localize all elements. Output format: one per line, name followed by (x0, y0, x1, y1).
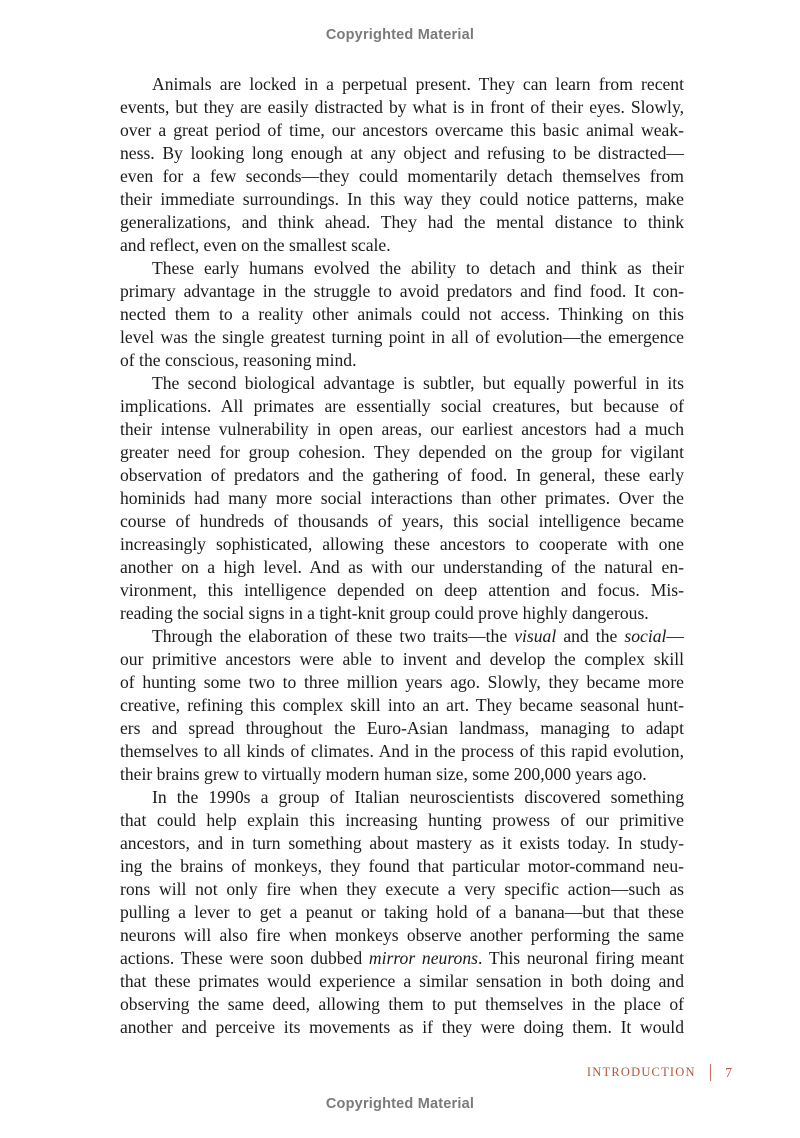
italic-term-mirror-neurons: mirror neurons (369, 948, 478, 968)
text-line: their intense vulnerability in open area… (120, 418, 684, 441)
text-line: ancestors, and in turn something about m… (120, 832, 684, 855)
text-line: reading the social signs in a tight-knit… (120, 602, 684, 625)
text-line: increasingly sophisticated, allowing the… (120, 533, 684, 556)
text-run: — (666, 626, 684, 646)
text-line: of hunting some two to three million yea… (120, 671, 684, 694)
footer-divider (710, 1064, 712, 1081)
text-line: of the conscious, reasoning mind. (120, 349, 684, 372)
text-line: vironment, this intelligence depended on… (120, 579, 684, 602)
text-line: nected them to a reality other animals c… (120, 303, 684, 326)
page-footer: INTRODUCTION 7 (587, 1064, 732, 1081)
running-section-title: INTRODUCTION (587, 1065, 696, 1080)
text-run: . This neuronal firing meant (478, 948, 684, 968)
text-line: events, but they are easily distracted b… (120, 96, 684, 119)
text-line: and reflect, even on the smallest scale. (120, 234, 684, 257)
text-line: even for a few seconds—they could moment… (120, 165, 684, 188)
text-line: that could help explain this increasing … (120, 809, 684, 832)
text-line: level was the single greatest turning po… (120, 326, 684, 349)
text-line: ing the brains of monkeys, they found th… (120, 855, 684, 878)
text-line: Through the elaboration of these two tra… (120, 625, 684, 648)
text-line: generalizations, and think ahead. They h… (120, 211, 684, 234)
text-line: rons will not only fire when they execut… (120, 878, 684, 901)
text-run: and the (556, 626, 624, 646)
text-line: ers and spread throughout the Euro-Asian… (120, 717, 684, 740)
text-line: that these primates would experience a s… (120, 970, 684, 993)
body-text: Animals are locked in a perpetual presen… (120, 73, 684, 1039)
text-line: their brains grew to virtually modern hu… (120, 763, 684, 786)
text-line: primary advantage in the struggle to avo… (120, 280, 684, 303)
text-line: greater need for group cohesion. They de… (120, 441, 684, 464)
text-line: neurons will also fire when monkeys obse… (120, 924, 684, 947)
copyright-watermark-top: Copyrighted Material (0, 27, 800, 43)
text-line: These early humans evolved the ability t… (120, 257, 684, 280)
text-line: actions. These were soon dubbed mirror n… (120, 947, 684, 970)
text-line: creative, refining this complex skill in… (120, 694, 684, 717)
text-line: ness. By looking long enough at any obje… (120, 142, 684, 165)
text-line: their immediate surroundings. In this wa… (120, 188, 684, 211)
page-number: 7 (725, 1065, 732, 1081)
copyright-watermark-bottom: Copyrighted Material (0, 1096, 800, 1112)
italic-term-visual: visual (514, 626, 556, 646)
text-line: In the 1990s a group of Italian neurosci… (120, 786, 684, 809)
text-line: The second biological advantage is subtl… (120, 372, 684, 395)
text-line: course of hundreds of thousands of years… (120, 510, 684, 533)
text-line: observing the same deed, allowing them t… (120, 993, 684, 1016)
text-line: Animals are locked in a perpetual presen… (120, 73, 684, 96)
text-line: hominids had many more social interactio… (120, 487, 684, 510)
italic-term-social: social (624, 626, 666, 646)
text-run: Through the elaboration of these two tra… (152, 626, 514, 646)
text-line: themselves to all kinds of climates. And… (120, 740, 684, 763)
text-line: observation of predators and the gatheri… (120, 464, 684, 487)
text-line: pulling a lever to get a peanut or takin… (120, 901, 684, 924)
text-line: implications. All primates are essential… (120, 395, 684, 418)
text-line: another on a high level. And as with our… (120, 556, 684, 579)
text-line: another and perceive its movements as if… (120, 1016, 684, 1039)
text-run: actions. These were soon dubbed (120, 948, 369, 968)
text-line: over a great period of time, our ancesto… (120, 119, 684, 142)
text-line: our primitive ancestors were able to inv… (120, 648, 684, 671)
